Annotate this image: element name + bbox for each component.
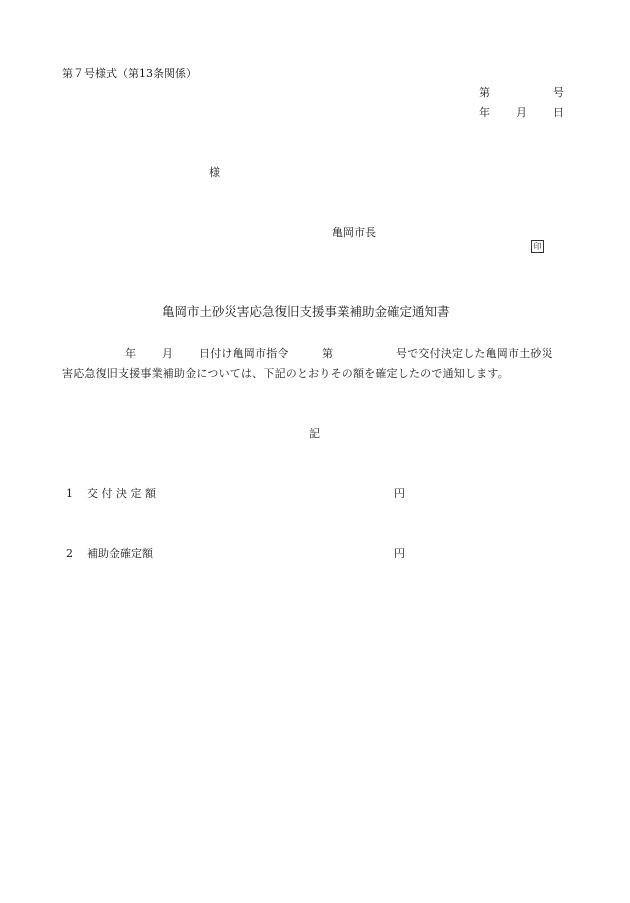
- seal-icon: 印: [531, 240, 544, 253]
- body-dai: 第: [322, 347, 333, 361]
- date-year: 年: [479, 106, 490, 120]
- number-prefix: 第: [479, 86, 490, 100]
- item-label: 補助金確定額: [87, 547, 153, 561]
- item-number: 1: [66, 487, 73, 501]
- item-unit: 円: [394, 547, 405, 561]
- date-month: 月: [516, 106, 527, 120]
- issuer-name: 亀岡市長: [332, 226, 376, 240]
- body-day-reference: 日付け亀岡市指令: [199, 347, 289, 361]
- document-title: 亀岡市土砂災害応急復旧支援事業補助金確定通知書: [162, 305, 450, 319]
- recipient-honorific: 様: [209, 166, 220, 180]
- item-label: 交 付 決 定 額: [87, 487, 156, 501]
- date-day: 日: [553, 106, 564, 120]
- body-year: 年: [125, 347, 136, 361]
- form-label: 第７号様式（第13条関係）: [62, 67, 197, 81]
- body-month: 月: [162, 347, 173, 361]
- ki-heading: 記: [309, 427, 320, 441]
- item-unit: 円: [394, 487, 405, 501]
- number-suffix: 号: [553, 86, 564, 100]
- body-line1-rest: 号で交付決定した亀岡市土砂災: [396, 347, 553, 361]
- item-number: 2: [66, 547, 73, 561]
- body-line2: 害応急復旧支援事業補助金については、下記のとおりその額を確定したので通知します。: [62, 367, 509, 381]
- seal-mark: 印: [517, 225, 544, 267]
